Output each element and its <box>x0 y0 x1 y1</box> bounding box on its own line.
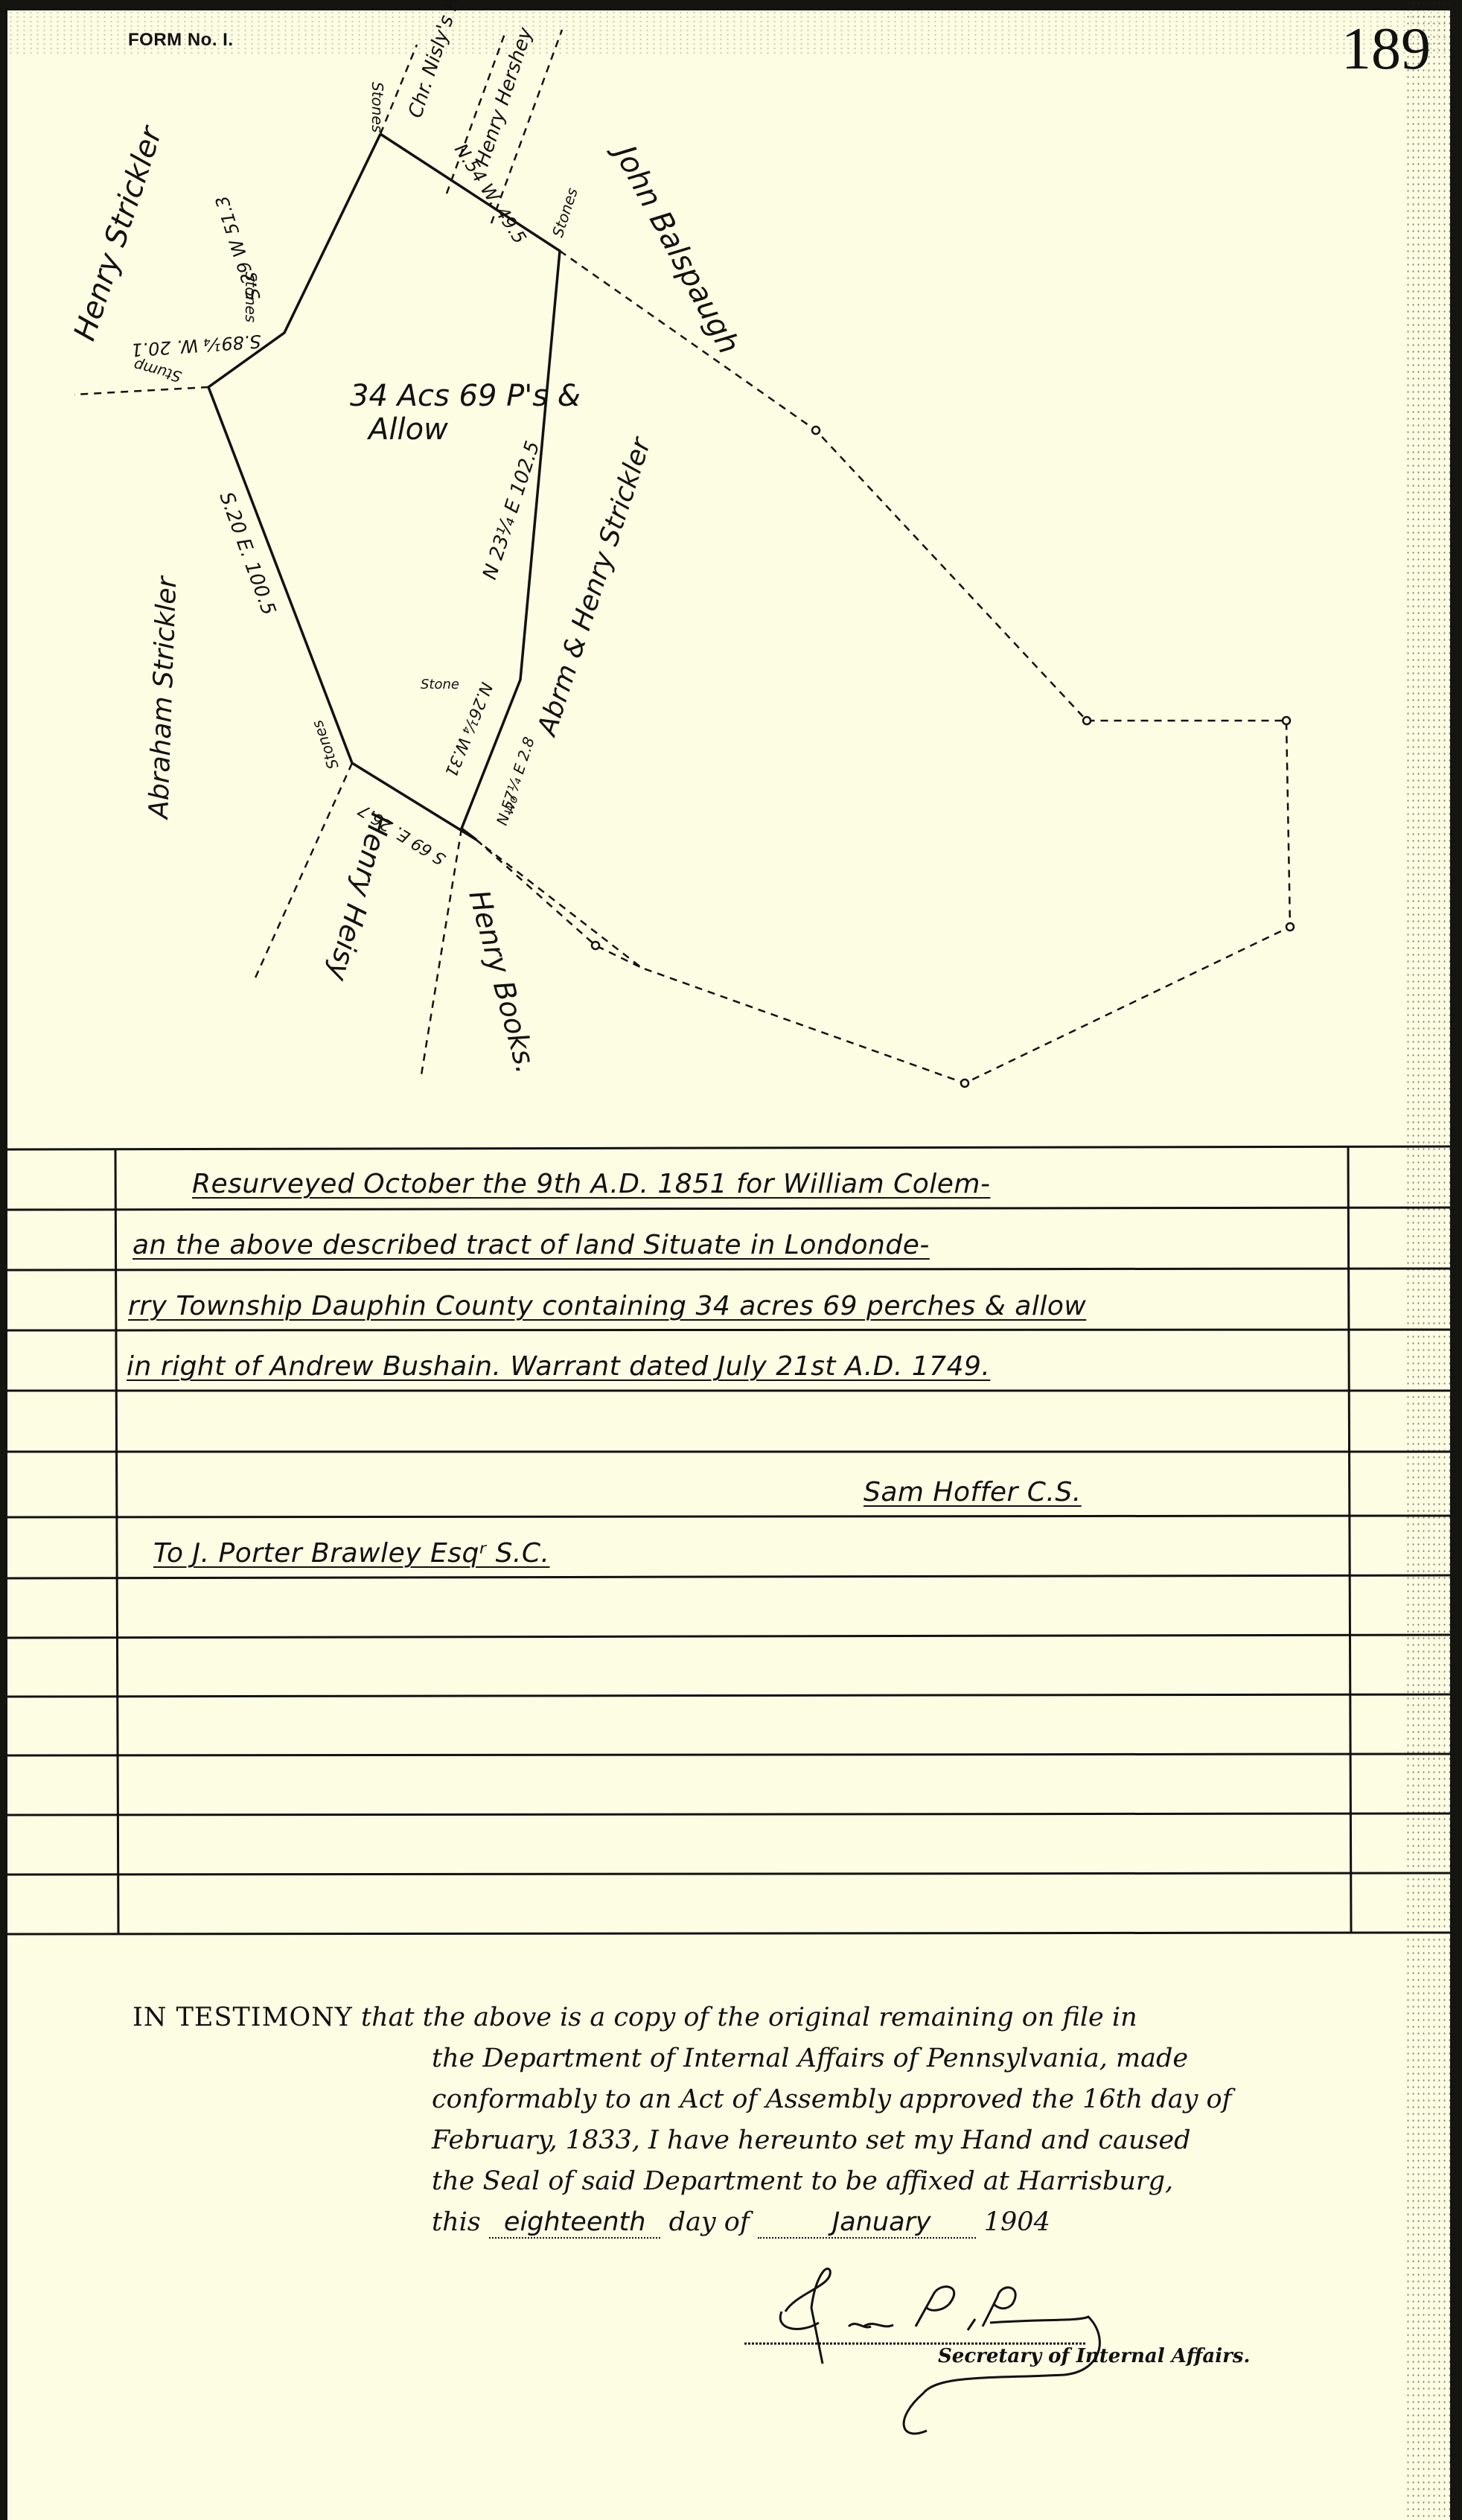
addressee-line: To J. Porter Brawley Esqʳ S.C. <box>153 1538 549 1569</box>
record-line-1: Resurveyed October the 9th A.D. 1851 for… <box>192 1169 990 1199</box>
testimony-date-line: this eighteenth day of January 1904 <box>432 2207 1050 2237</box>
day-of-label: day of <box>669 2207 750 2237</box>
this-label: this <box>432 2207 481 2237</box>
month-value: January <box>758 2207 976 2239</box>
testimony-line-2: the Department of Internal Affairs of Pe… <box>432 2044 1188 2073</box>
testimony-line-3: conformably to an Act of Assembly approv… <box>432 2084 1232 2114</box>
day-value: eighteenth <box>489 2207 661 2239</box>
testimony-lead: IN TESTIMONY <box>133 2003 353 2032</box>
ruled-record-box <box>0 0 1462 1950</box>
testimony-line-1-text: that the above is a copy of the original… <box>361 2003 1137 2032</box>
record-line-3: rry Township Dauphin County containing 3… <box>128 1291 1086 1321</box>
secretary-signature <box>744 2263 1414 2486</box>
surveyor-signature: Sam Hoffer C.S. <box>864 1477 1082 1508</box>
signatory-title: Secretary of Internal Affairs. <box>938 2345 1250 2367</box>
testimony-line-5: the Seal of said Department to be affixe… <box>432 2166 1173 2196</box>
year-value: 1904 <box>984 2207 1050 2237</box>
record-line-2: an the above described tract of land Sit… <box>133 1230 930 1260</box>
record-line-4: in right of Andrew Bushain. Warrant date… <box>127 1351 990 1382</box>
testimony-line-1: IN TESTIMONY that the above is a copy of… <box>133 2003 1137 2032</box>
testimony-line-4: February, 1833, I have hereunto set my H… <box>432 2125 1191 2155</box>
